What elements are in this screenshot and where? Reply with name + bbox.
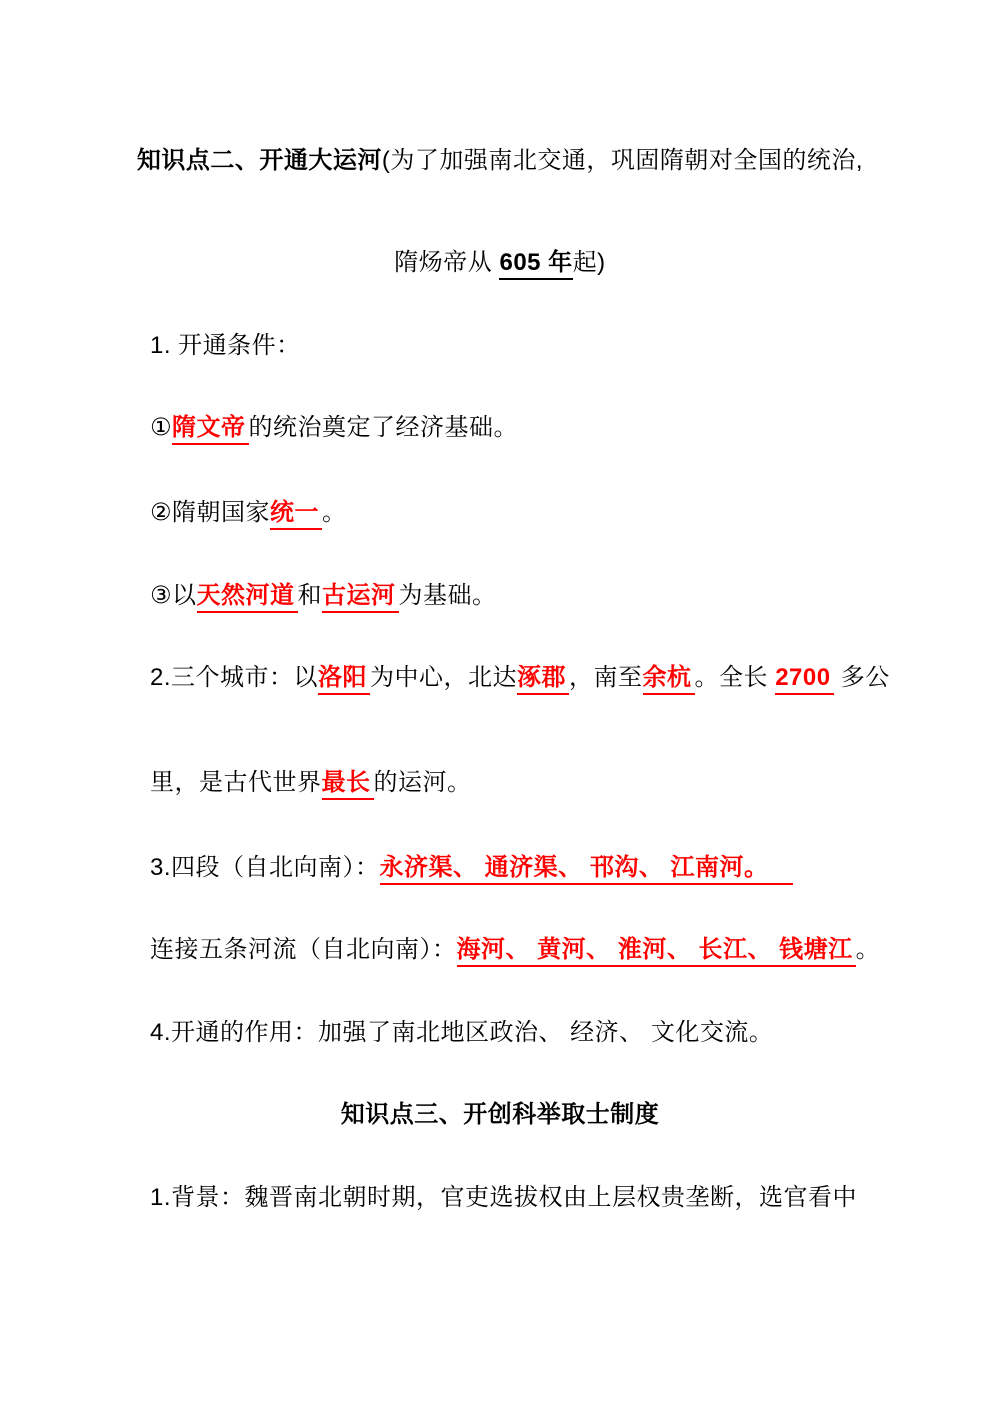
item-2-three-cities: 2.三个城市：以洛阳为中心，北达涿郡，南至余杭。全长 2700 多公 <box>150 662 880 694</box>
text-segment: 1. 开通条件： <box>150 332 301 359</box>
circled-number-1: ① <box>150 414 172 441</box>
text-segment: ②隋朝国家 <box>150 499 270 526</box>
text-segment: 为中心，北达 <box>370 664 517 691</box>
text-segment: 和 <box>298 582 323 609</box>
text-segment: 。 <box>856 936 881 963</box>
highlight-term: 最长 <box>322 769 374 800</box>
text-segment: 的运河。 <box>374 769 472 796</box>
text-segment: 4.开通的作用：加强了南北地区政治、 经济、 文化交流。 <box>150 1019 773 1046</box>
text-segment: ③以 <box>150 582 197 609</box>
document-page: 知识点二、开通大运河(为了加强南北交通，巩固隋朝对全国的统治, 隋炀帝从 605… <box>0 0 1000 1415</box>
highlight-term: 天然河道 <box>197 582 298 613</box>
section-title-topic3: 知识点三、开创科举取士制度 <box>0 1099 1000 1131</box>
highlight-term: 洛阳 <box>318 664 370 695</box>
text-segment: 。全长 <box>695 664 776 691</box>
section-title-topic2: 知识点二、开通大运河(为了加强南北交通，巩固隋朝对全国的统治, <box>0 145 1000 177</box>
item-2-three-cities-continued: 里，是古代世界最长的运河。 <box>150 767 880 799</box>
text-segment: ，南至 <box>569 664 643 691</box>
item-1-conditions-heading: 1. 开通条件： <box>150 330 880 362</box>
condition-1: ①隋文帝的统治奠定了经济基础。 <box>150 412 880 444</box>
condition-3: ③以天然河道和古运河为基础。 <box>150 580 880 612</box>
text-segment: 连接五条河流（自北向南）： <box>150 936 457 963</box>
item-4-effect: 4.开通的作用：加强了南北地区政治、 经济、 文化交流。 <box>150 1017 880 1049</box>
text-segment: 多公 <box>834 664 890 691</box>
text-segment: 2.三个城市：以 <box>150 664 318 691</box>
highlight-river-list: 海河、 黄河、 淮河、 长江、 钱塘江 <box>457 936 856 967</box>
section-title-bold-text: 知识点二、开通大运河 <box>137 147 382 174</box>
highlight-term: 余杭 <box>643 664 695 695</box>
text-segment: 为基础。 <box>399 582 497 609</box>
highlight-term: 隋文帝 <box>172 414 249 445</box>
item-3-five-rivers: 连接五条河流（自北向南）：海河、 黄河、 淮河、 长江、 钱塘江。 <box>150 934 880 966</box>
section-title-bold-text: 知识点三、开创科举取士制度 <box>341 1101 660 1128</box>
highlight-term: 涿郡 <box>517 664 569 695</box>
text-segment: 的统治奠定了经济基础。 <box>249 414 519 441</box>
text-segment: 里，是古代世界 <box>150 769 322 796</box>
underlined-year-text: 605 年 <box>499 249 572 280</box>
text-segment: 。 <box>322 499 347 526</box>
text-segment: 隋炀帝从 <box>394 249 499 276</box>
item-3-four-sections: 3.四段（自北向南）：永济渠、 通济渠、 邗沟、 江南河。 <box>150 852 880 884</box>
highlight-canal-list: 永济渠、 通济渠、 邗沟、 江南河。 <box>380 854 793 885</box>
condition-2: ②隋朝国家统一。 <box>150 497 880 529</box>
section-title-topic2-continued: 隋炀帝从 605 年起) <box>0 247 1000 279</box>
highlight-term: 古运河 <box>322 582 399 613</box>
item-1-background: 1.背景：魏晋南北朝时期，官吏选拔权由上层权贵垄断，选官看中 <box>150 1182 880 1214</box>
text-segment: 3.四段（自北向南）： <box>150 854 380 881</box>
highlight-number: 2700 <box>775 664 833 695</box>
text-segment: 1.背景：魏晋南北朝时期，官吏选拔权由上层权贵垄断，选官看中 <box>150 1184 857 1211</box>
section-title-note-text: (为了加强南北交通，巩固隋朝对全国的统治, <box>382 147 863 174</box>
highlight-term: 统一 <box>270 499 322 530</box>
text-segment: 起) <box>573 249 606 276</box>
